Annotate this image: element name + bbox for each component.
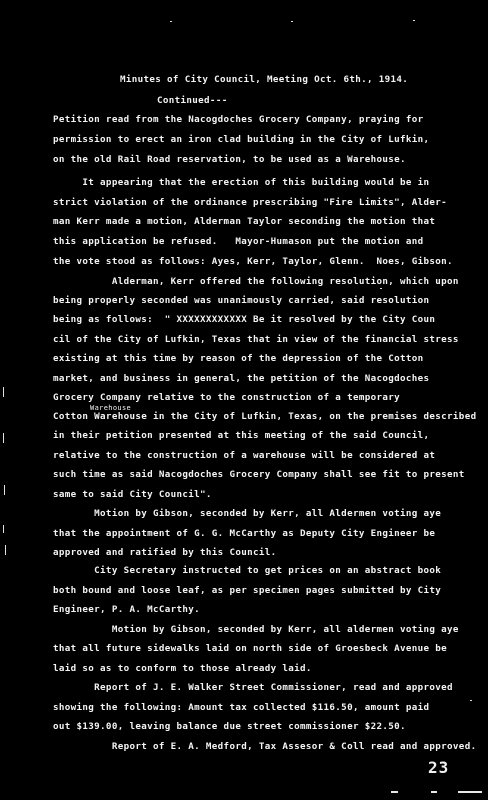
text-line: Petition read from the Nacogdoches Groce… <box>53 114 424 126</box>
text-line: man Kerr made a motion, Alderman Taylor … <box>53 216 435 228</box>
text-line: being as follows: " XXXXXXXXXXXX Be it r… <box>53 314 435 326</box>
text-line: that the appointment of G. G. McCarthy a… <box>53 528 435 540</box>
text-line: existing at this time by reason of the d… <box>53 353 424 365</box>
text-line: market, and business in general, the pet… <box>53 373 429 385</box>
text-line: the vote stood as follows: Ayes, Kerr, T… <box>53 256 453 268</box>
text-line: Alderman, Kerr offered the following res… <box>53 276 459 288</box>
scan-speck <box>470 700 472 701</box>
text-line: permission to erect an iron clad buildin… <box>53 134 429 146</box>
scan-speck <box>413 20 415 21</box>
scan-artifact <box>391 791 398 793</box>
text-line: being properly seconded was unanimously … <box>53 295 429 307</box>
text-line: Motion by Gibson, seconded by Kerr, all … <box>53 508 441 520</box>
scan-artifact <box>431 791 437 793</box>
margin-mark <box>4 485 5 495</box>
text-line: cil of the City of Lufkin, Texas that in… <box>53 334 459 346</box>
text-line: It appearing that the erection of this b… <box>53 177 429 189</box>
text-line: same to said City Council". <box>53 489 212 501</box>
page-number: 23 <box>428 758 449 777</box>
margin-mark <box>5 545 6 555</box>
text-line: both bound and loose leaf, as per specim… <box>53 585 441 597</box>
text-line: showing the following: Amount tax collec… <box>53 702 429 714</box>
scan-speck <box>291 21 293 22</box>
document-title: Minutes of City Council, Meeting Oct. 6t… <box>120 74 408 86</box>
text-line: Motion by Gibson, seconded by Kerr, all … <box>53 624 459 636</box>
text-line: relative to the construction of a wareho… <box>53 450 435 462</box>
text-line: City Secretary instructed to get prices … <box>53 565 441 577</box>
text-line: in their petition presented at this meet… <box>53 430 429 442</box>
continued-label: Continued--- <box>157 95 228 107</box>
text-line: on the old Rail Road reservation, to be … <box>53 154 406 166</box>
scan-speck <box>170 21 172 22</box>
scan-speck <box>380 288 382 289</box>
text-line: Cotton Warehouse in the City of Lufkin, … <box>53 411 476 423</box>
document-page: Minutes of City Council, Meeting Oct. 6t… <box>0 0 488 800</box>
text-line: approved and ratified by this Council. <box>53 547 277 559</box>
margin-mark <box>3 525 4 533</box>
text-line: Engineer, P. A. McCarthy. <box>53 604 200 616</box>
text-line: Report of J. E. Walker Street Commission… <box>53 682 453 694</box>
text-line: such time as said Nacogdoches Grocery Co… <box>53 469 465 481</box>
scan-artifact <box>458 791 482 793</box>
text-line: that all future sidewalks laid on north … <box>53 643 447 655</box>
text-line: strict violation of the ordinance prescr… <box>53 197 447 209</box>
margin-mark <box>3 387 4 397</box>
text-line: laid so as to conform to those already l… <box>53 663 312 675</box>
margin-mark <box>3 433 4 443</box>
text-line: this application be refused. Mayor-Humas… <box>53 236 424 248</box>
text-line: Report of E. A. Medford, Tax Assesor & C… <box>53 741 476 753</box>
text-line: out $139.00, leaving balance due street … <box>53 721 406 733</box>
